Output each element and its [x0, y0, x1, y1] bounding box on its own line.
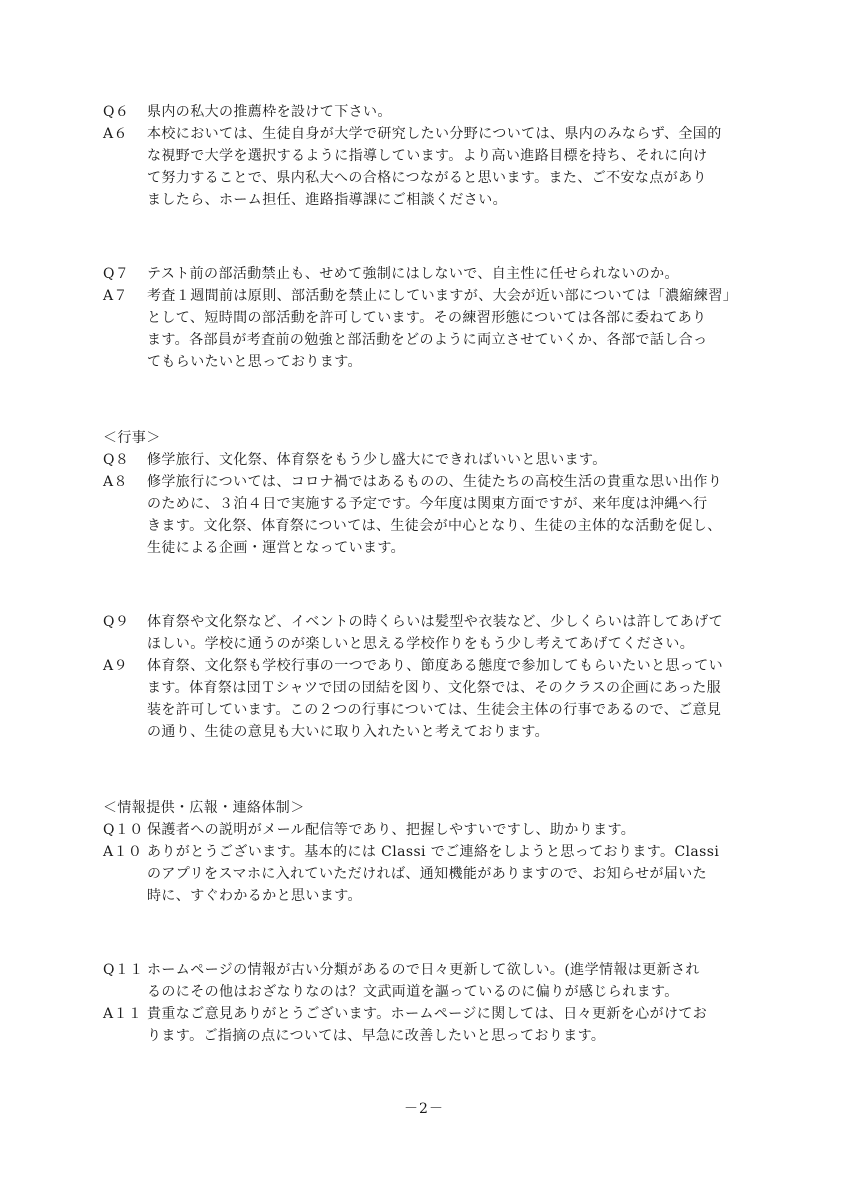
answer-text: ます。体育祭は団Ｔシャツで団の団結を図り、文化祭では、そのクラスの企画にあった服 — [147, 677, 721, 699]
answer-text: 本校においては、生徒自身が大学で研究したい分野については、県内のみならず、全国的 — [147, 123, 722, 145]
qa-item-q7: Q７テスト前の部活動禁止も、せめて強制にはしないで、自主性に任せられないのか。 … — [103, 263, 763, 373]
question-label: Q１１ — [103, 959, 147, 981]
answer-text: 修学旅行については、コロナ禍ではあるものの、生徒たちの高校生活の貴重な思い出作り — [147, 471, 722, 493]
question-text: 保護者への説明がメール配信等であり、把握しやすいですし、助かります。 — [147, 819, 635, 841]
answer-label: A１１ — [103, 1003, 147, 1025]
question-text: ほしい。学校に通うのが楽しいと思える学校作りをもう少し考えてあげてください。 — [147, 633, 694, 655]
qa-item-q11: Q１１ホームページの情報が古い分類があるので日々更新して欲しい。(進学情報は更新… — [103, 959, 763, 1047]
section-events: ＜行事＞ — [103, 427, 763, 449]
answer-text: 考査１週間前は原則、部活動を禁止にしていますが、大会が近い部については「濃縮練習… — [147, 285, 737, 307]
question-text: 修学旅行、文化祭、体育祭をもう少し盛大にできればいいと思います。 — [147, 449, 607, 471]
answer-label: A８ — [103, 471, 147, 493]
qa-item-q8: Q８修学旅行、文化祭、体育祭をもう少し盛大にできればいいと思います。 A８修学旅… — [103, 449, 763, 559]
question-label: Q９ — [103, 611, 147, 633]
answer-row: A６本校においては、生徒自身が大学で研究したい分野については、県内のみならず、全… — [103, 123, 763, 145]
answer-text: てもらいたいと思っております。 — [147, 351, 362, 373]
answer-text: きます。文化祭、体育祭については、生徒会が中心となり、生徒の主体的な活動を促し、 — [147, 515, 722, 537]
answer-text: 生徒による企画・運営となっています。 — [147, 537, 405, 559]
answer-text: 装を許可しています。この２つの行事については、生徒会主体の行事であるので、ご意見 — [147, 699, 721, 721]
answer-text: のアプリをスマホに入れていただければ、通知機能がありますので、お知らせが届いた — [147, 863, 707, 885]
question-text: るのにその他はおざなりなのは？文武両道を謳っているのに偏りが感じられます。 — [147, 981, 679, 1003]
answer-label: A１０ — [103, 841, 147, 863]
question-text: ホームページの情報が古い分類があるので日々更新して欲しい。(進学情報は更新され — [147, 959, 700, 981]
question-text: 体育祭や文化祭など、イベントの時くらいは髪型や衣装など、少しくらいは許してあげて — [147, 611, 723, 633]
section-heading: ＜情報提供・広報・連絡体制＞ — [103, 797, 763, 819]
answer-text: の通り、生徒の意見も大いに取り入れたいと考えております。 — [147, 721, 549, 743]
answer-text: ります。ご指摘の点については、早急に改善したいと思っております。 — [147, 1025, 605, 1047]
question-label: Q６ — [103, 101, 147, 123]
question-text: 県内の私大の推薦枠を設けて下さい。 — [147, 101, 392, 123]
question-row: Q６県内の私大の推薦枠を設けて下さい。 — [103, 101, 763, 123]
answer-text: として、短時間の部活動を許可しています。その練習形態については各部に委ねてあり — [147, 307, 707, 329]
qa-item-q6: Q６県内の私大の推薦枠を設けて下さい。 A６本校においては、生徒自身が大学で研究… — [103, 101, 763, 211]
answer-text: な視野で大学を選択するように指導しています。より高い進路目標を持ち、それに向け — [147, 145, 707, 167]
section-info: ＜情報提供・広報・連絡体制＞ — [103, 797, 763, 819]
page-number: －2－ — [0, 1098, 848, 1118]
answer-text: 時に、すぐわかるかと思います。 — [147, 885, 362, 907]
answer-label: A７ — [103, 285, 147, 307]
qa-item-q9: Q９体育祭や文化祭など、イベントの時くらいは髪型や衣装など、少しくらいは許してあ… — [103, 611, 763, 743]
answer-text: 体育祭、文化祭も学校行事の一つであり、節度ある態度で参加してもらいたいと思ってい — [147, 655, 723, 677]
answer-text: ましたら、ホーム担任、進路指導課にご相談ください。 — [147, 189, 507, 211]
answer-text: ます。各部員が考査前の勉強と部活動をどのように両立させていくか、各部で話し合っ — [147, 329, 707, 351]
question-label: Q７ — [103, 263, 147, 285]
answer-label: A６ — [103, 123, 147, 145]
answer-text: のために、３泊４日で実施する予定です。今年度は関東方面ですが、来年度は沖縄へ行 — [147, 493, 707, 515]
section-heading: ＜行事＞ — [103, 427, 763, 449]
document-page: Q６県内の私大の推薦枠を設けて下さい。 A６本校においては、生徒自身が大学で研究… — [0, 0, 848, 1200]
qa-item-q10: Q１０保護者への説明がメール配信等であり、把握しやすいですし、助かります。 A１… — [103, 819, 763, 907]
question-label: Q１０ — [103, 819, 147, 841]
answer-text: ありがとうございます。基本的には Classi でご連絡をしようと思っております… — [147, 841, 719, 863]
question-label: Q８ — [103, 449, 147, 471]
answer-text: 貴重なご意見ありがとうございます。ホームページに関しては、日々更新を心がけてお — [147, 1003, 707, 1025]
answer-text: て努力することで、県内私大への合格につながると思います。また、ご不安な点があり — [147, 167, 707, 189]
answer-label: A９ — [103, 655, 147, 677]
question-text: テスト前の部活動禁止も、せめて強制にはしないで、自主性に任せられないのか。 — [147, 263, 679, 285]
